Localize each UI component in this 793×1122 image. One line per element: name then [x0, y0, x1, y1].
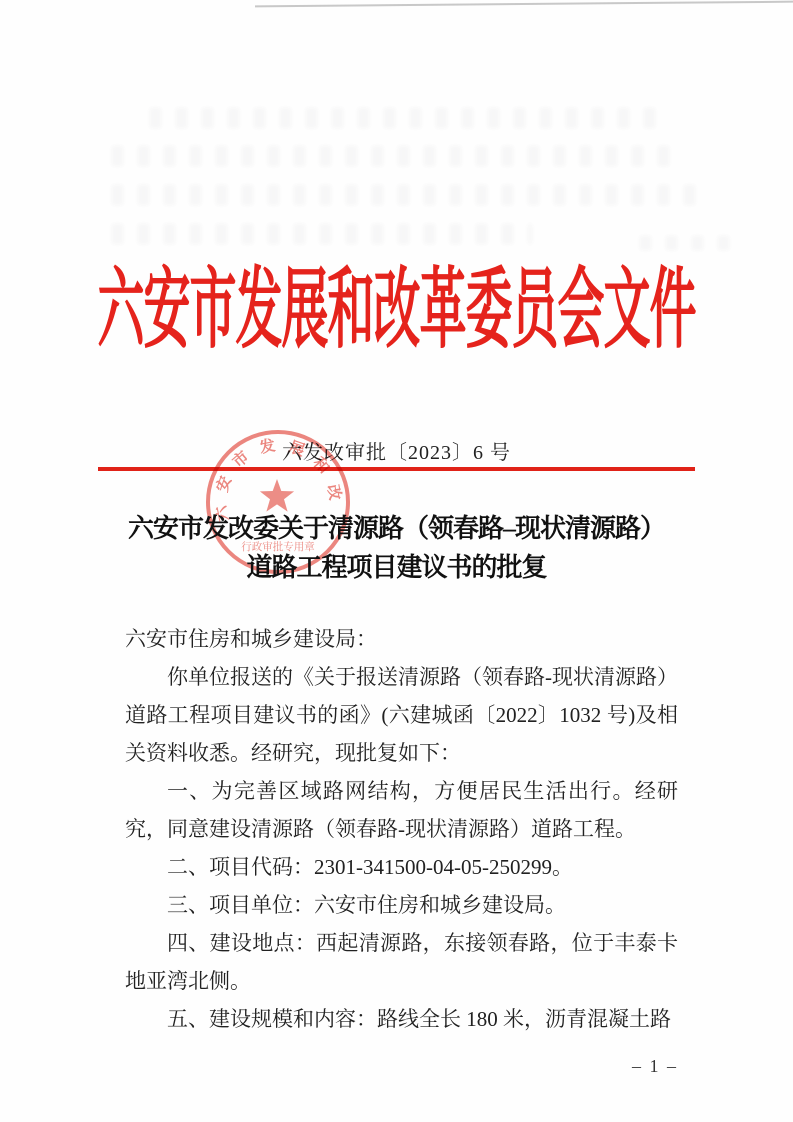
- document-body: 六安市住房和城乡建设局： 你单位报送的《关于报送清源路（领春路-现状清源路）道路…: [125, 620, 678, 1038]
- scan-artifact-line: [255, 1, 793, 8]
- bleed-through-artifact: [112, 146, 682, 166]
- document-title: 六安市发改委关于清源路（领春路–现状清源路） 道路工程项目建议书的批复: [0, 509, 793, 587]
- document-number: 六发改审批〔2023〕6 号: [0, 436, 793, 465]
- body-paragraph: 一、为完善区域路网结构，方便居民生活出行。经研究，同意建设清源路（领春路-现状清…: [125, 772, 678, 848]
- bleed-through-artifact: [640, 236, 730, 250]
- body-paragraph: 三、项目单位：六安市住房和城乡建设局。: [125, 886, 678, 924]
- bleed-through-artifact: [112, 224, 532, 244]
- document-page: 六安市发展和改革委员会文件 六发改审批〔2023〕6 号 六安市发展和改革委员会…: [0, 0, 793, 1122]
- seal-star-icon: [260, 479, 294, 512]
- addressee-line: 六安市住房和城乡建设局：: [125, 620, 678, 658]
- body-paragraph: 四、建设地点：西起清源路，东接领春路，位于丰泰卡地亚湾北侧。: [125, 924, 678, 1000]
- bleed-through-artifact: [150, 108, 670, 128]
- body-paragraph: 二、项目代码：2301-341500-04-05-250299。: [125, 848, 678, 886]
- document-title-line2: 道路工程项目建议书的批复: [246, 553, 546, 582]
- page-number: – 1 –: [600, 1056, 710, 1077]
- document-title-line1: 六安市发改委关于清源路（领春路–现状清源路）: [128, 514, 665, 543]
- bleed-through-artifact: [112, 185, 697, 205]
- body-paragraph: 你单位报送的《关于报送清源路（领春路-现状清源路）道路工程项目建议书的函》(六建…: [125, 658, 678, 772]
- agency-banner-title: 六安市发展和改革委员会文件: [0, 266, 793, 356]
- body-paragraph: 五、建设规模和内容：路线全长 180 米，沥青混凝土路: [125, 1000, 678, 1038]
- red-separator-rule: [98, 467, 695, 471]
